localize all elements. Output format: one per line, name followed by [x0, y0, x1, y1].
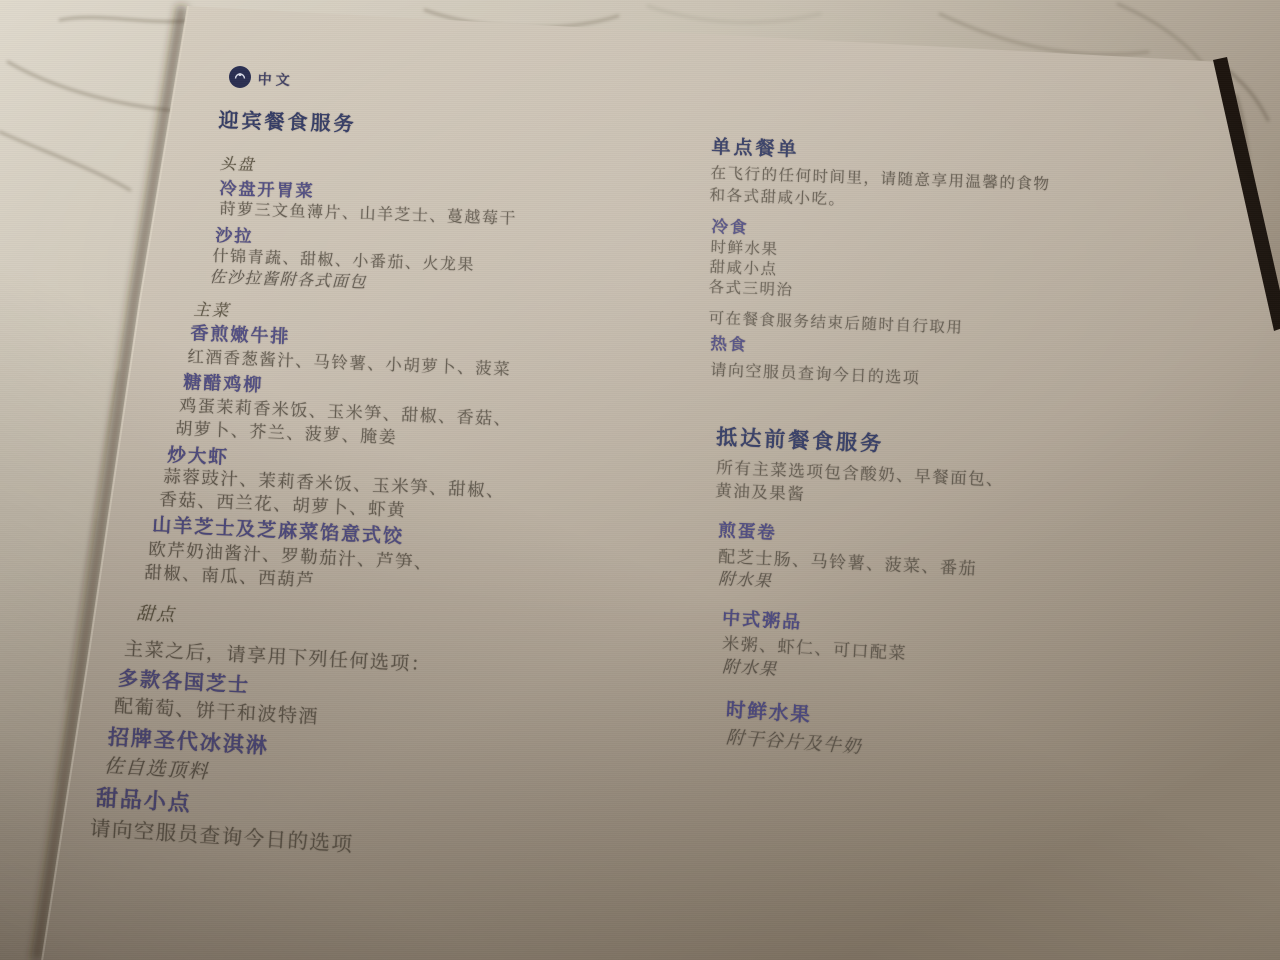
cold-food-item: 各式三明治: [708, 275, 794, 300]
starters-label: 头盘: [219, 151, 256, 175]
prearrival-intro-line2: 黄油及果酱: [715, 477, 806, 505]
hot-food-label: 热食: [710, 330, 748, 355]
omelette-note: 附水果: [718, 565, 773, 592]
congee-note: 附水果: [722, 652, 779, 680]
airline-emblem-icon: [228, 65, 252, 89]
mains-label: 主菜: [193, 296, 231, 321]
desserts-label: 甜点: [136, 599, 177, 627]
alacarte-intro-line2: 和各式甜咸小吃。: [709, 183, 846, 210]
alacarte-title: 单点餐单: [711, 132, 800, 162]
fresh-fruit-name: 时鲜水果: [725, 694, 813, 727]
welcome-title: 迎宾餐食服务: [218, 104, 357, 137]
menu-photo: 中文 迎宾餐食服务 头盘 冷盘开胃菜 莳萝三文鱼薄片、山羊芝士、蔓越莓干 沙拉 …: [0, 0, 1280, 960]
omelette-name: 煎蛋卷: [718, 517, 778, 545]
language-label: 中文: [257, 69, 294, 90]
